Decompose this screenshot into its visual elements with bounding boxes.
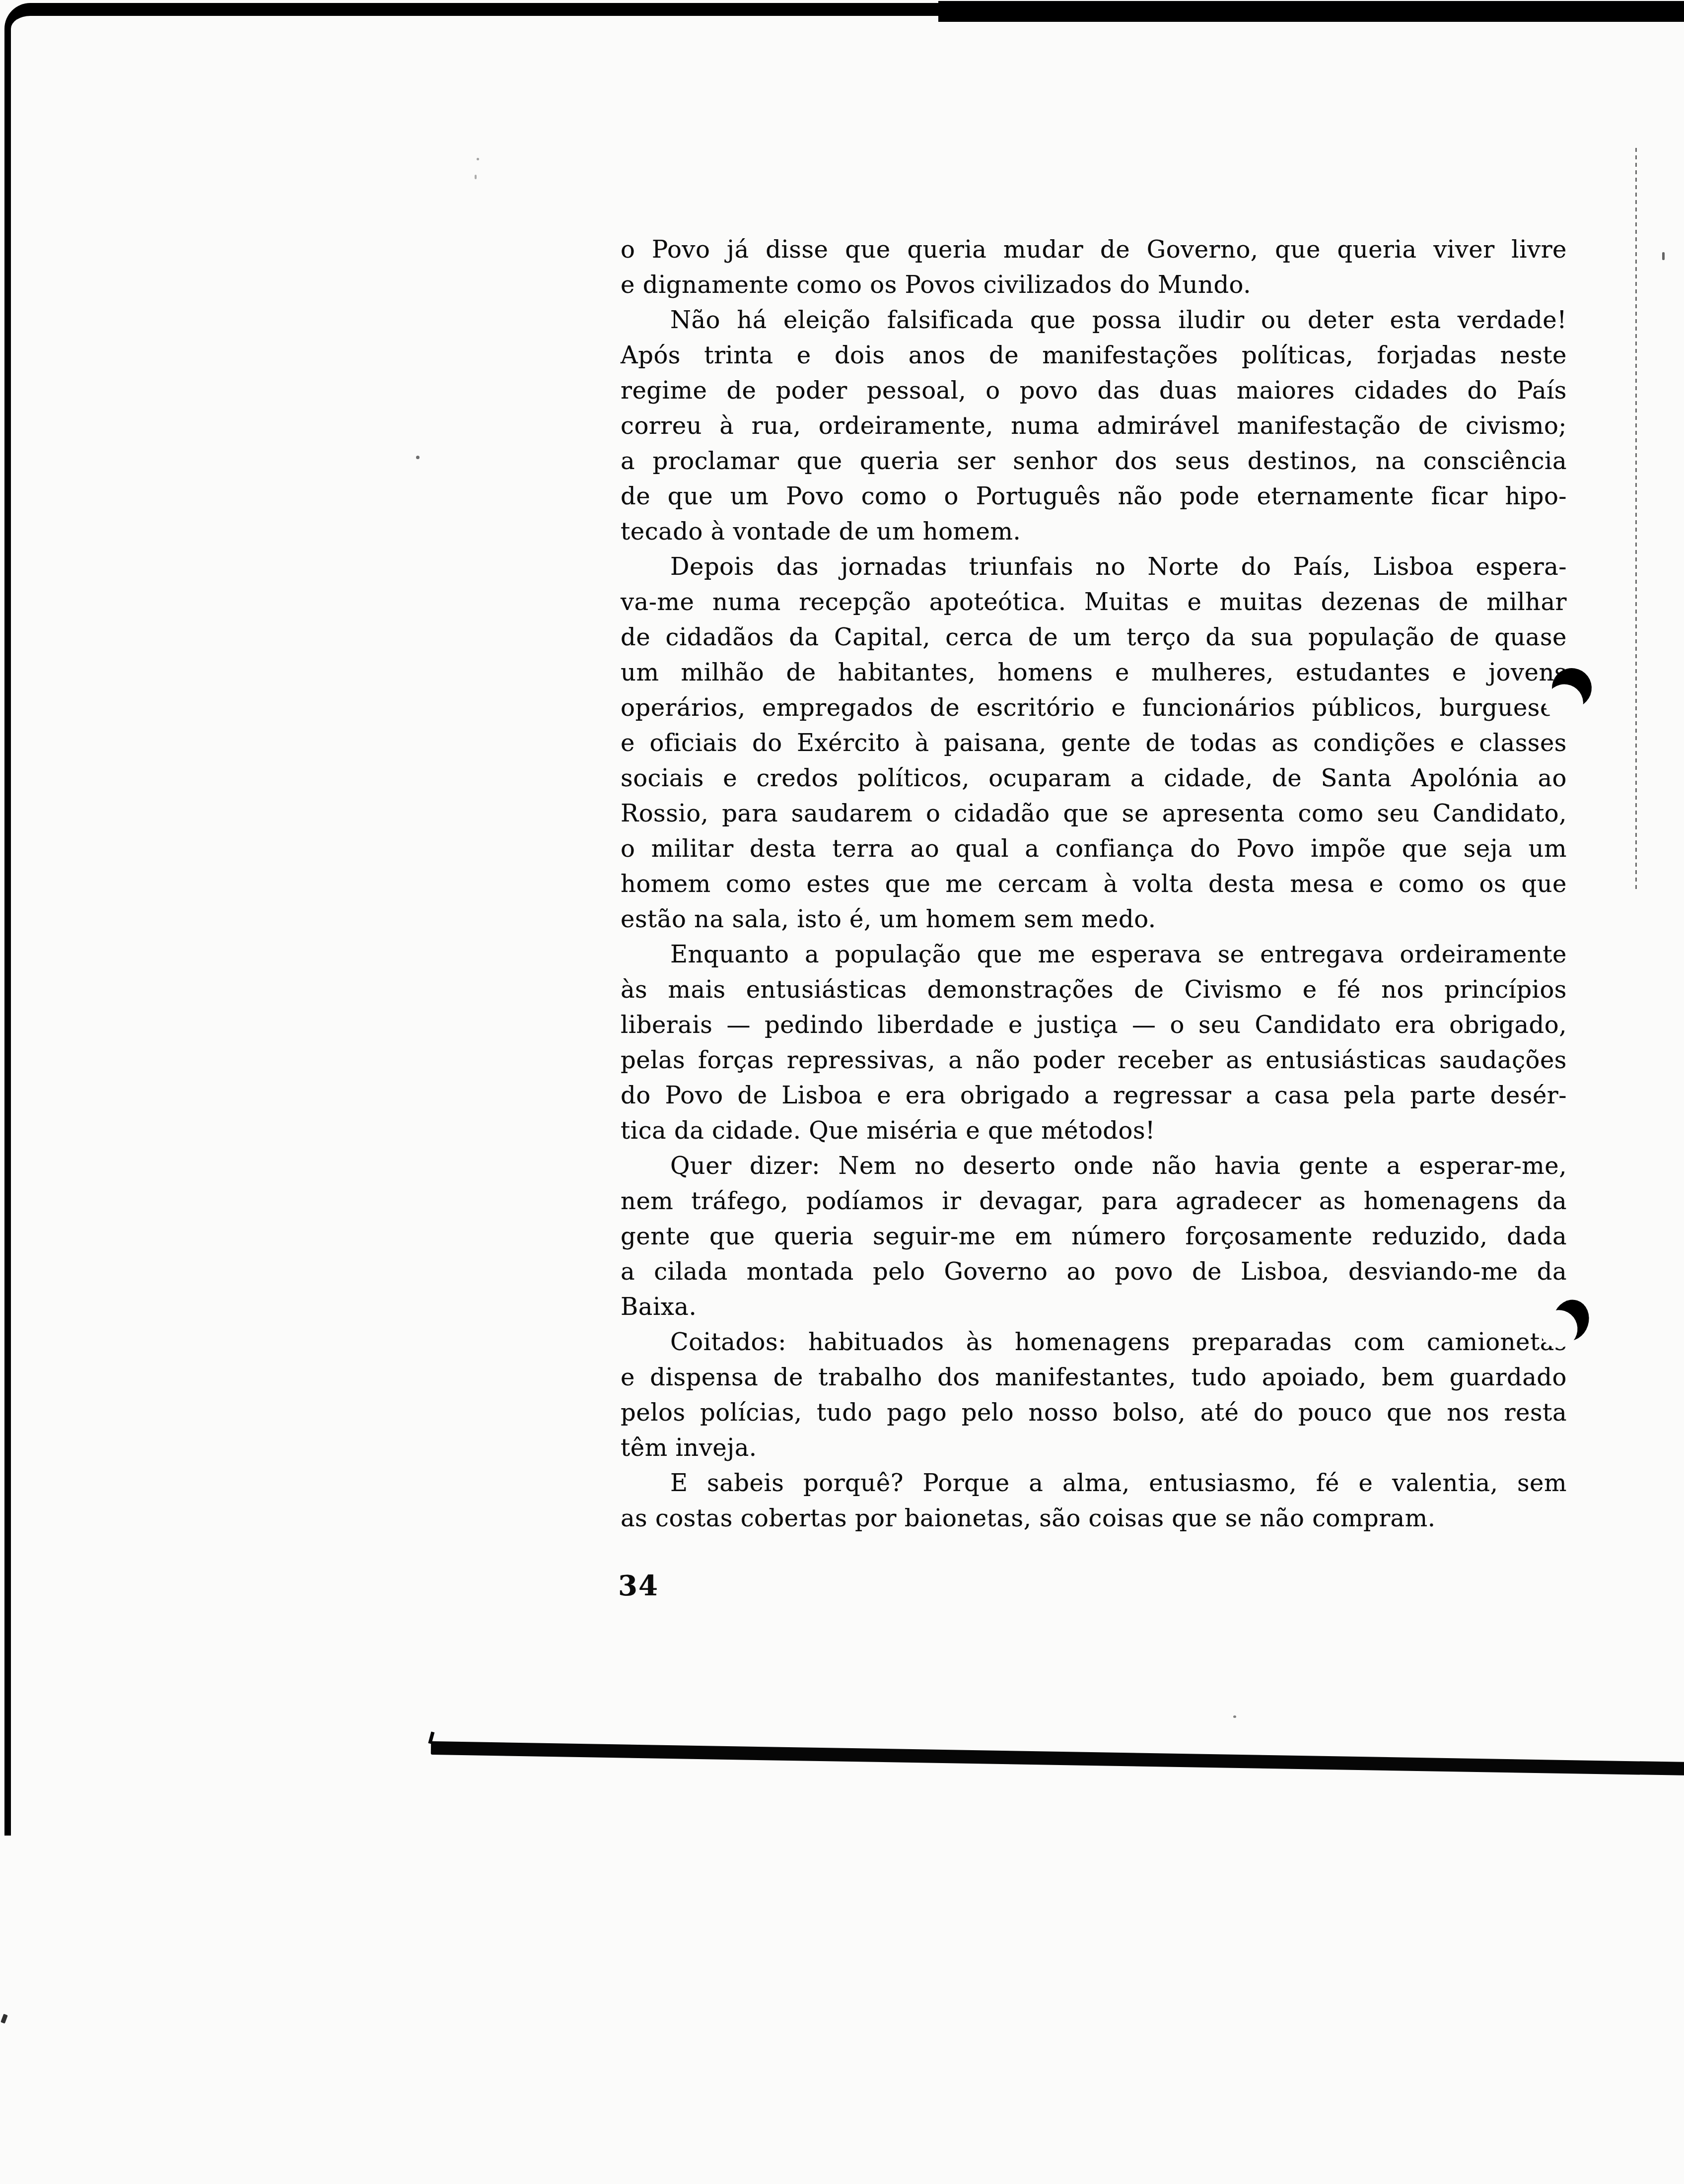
text-line: a cilada montada pelo Governo ao povo de… — [621, 1254, 1567, 1290]
page-fold-line — [1635, 148, 1637, 892]
scan-speck — [0, 2014, 8, 2024]
text-line: homem como estes que me cercam à volta d… — [621, 867, 1567, 902]
text-line: Rossio, para saudarem o cidadão que se a… — [621, 796, 1567, 831]
text-line: Coitados: habituados às homenagens prepa… — [621, 1325, 1567, 1360]
text-line: o Povo já disse que queria mudar de Gove… — [621, 232, 1567, 268]
text-line: nem tráfego, podíamos ir devagar, para a… — [621, 1184, 1567, 1219]
text-line: e dispensa de trabalho dos manifestantes… — [621, 1360, 1567, 1395]
scanned-book-page: o Povo já disse que queria mudar de Gove… — [0, 0, 1684, 2184]
scan-speck — [475, 175, 477, 179]
text-line: e dignamente como os Povos civilizados d… — [621, 268, 1567, 303]
text-line: pelos polícias, tudo pago pelo nosso bol… — [621, 1395, 1567, 1431]
text-line: Enquanto a população que me esperava se … — [621, 937, 1567, 972]
text-line: um milhão de habitantes, homens e mulher… — [621, 655, 1567, 690]
text-line: às mais entusiásticas demonstrações de C… — [621, 972, 1567, 1008]
text-line: as costas cobertas por baionetas, são co… — [621, 1501, 1567, 1536]
text-line: pelas forças repressivas, a não poder re… — [621, 1043, 1567, 1078]
text-line: têm inveja. — [621, 1431, 1567, 1466]
text-line: sociais e credos políticos, ocuparam a c… — [621, 761, 1567, 796]
text-line: liberais — pedindo liberdade e justiça —… — [621, 1008, 1567, 1043]
text-line: o militar desta terra ao qual a confianç… — [621, 831, 1567, 867]
text-line: Não há eleição falsificada que possa ilu… — [621, 303, 1567, 338]
text-line: a proclamar que queria ser senhor dos se… — [621, 444, 1567, 479]
text-line: gente que queria seguir-me em número for… — [621, 1219, 1567, 1254]
text-line: estão na sala, isto é, um homem sem medo… — [621, 902, 1567, 937]
scan-speck — [1233, 1715, 1236, 1718]
text-line: correu à rua, ordeiramente, numa admiráv… — [621, 409, 1567, 444]
text-line: do Povo de Lisboa e era obrigado a regre… — [621, 1078, 1567, 1113]
scan-speck — [477, 158, 479, 160]
scan-speck — [416, 456, 420, 459]
text-line: Quer dizer: Nem no deserto onde não havi… — [621, 1149, 1567, 1184]
text-line: operários, empregados de escritório e fu… — [621, 690, 1567, 726]
text-line: Após trinta e dois anos de manifestações… — [621, 338, 1567, 373]
text-line: de que um Povo como o Português não pode… — [621, 479, 1567, 514]
text-line: tica da cidade. Que miséria e que método… — [621, 1113, 1567, 1149]
page-number: 34 — [618, 1570, 659, 1602]
text-line: Baixa. — [621, 1290, 1567, 1325]
scan-speck — [1662, 252, 1665, 260]
text-line: va-me numa recepção apoteótica. Muitas e… — [621, 585, 1567, 620]
scan-edge-top-bar — [938, 1, 1684, 22]
text-line: Depois das jornadas triunfais no Norte d… — [621, 549, 1567, 585]
text-line: regime de poder pessoal, o povo das duas… — [621, 373, 1567, 409]
text-line: tecado à vontade de um homem. — [621, 514, 1567, 549]
text-line: e oficiais do Exército à paisana, gente … — [621, 726, 1567, 761]
text-line: de cidadãos da Capital, cerca de um terç… — [621, 620, 1567, 655]
text-line: E sabeis porquê? Porque a alma, entusias… — [621, 1466, 1567, 1501]
body-text: o Povo já disse que queria mudar de Gove… — [621, 232, 1567, 1536]
